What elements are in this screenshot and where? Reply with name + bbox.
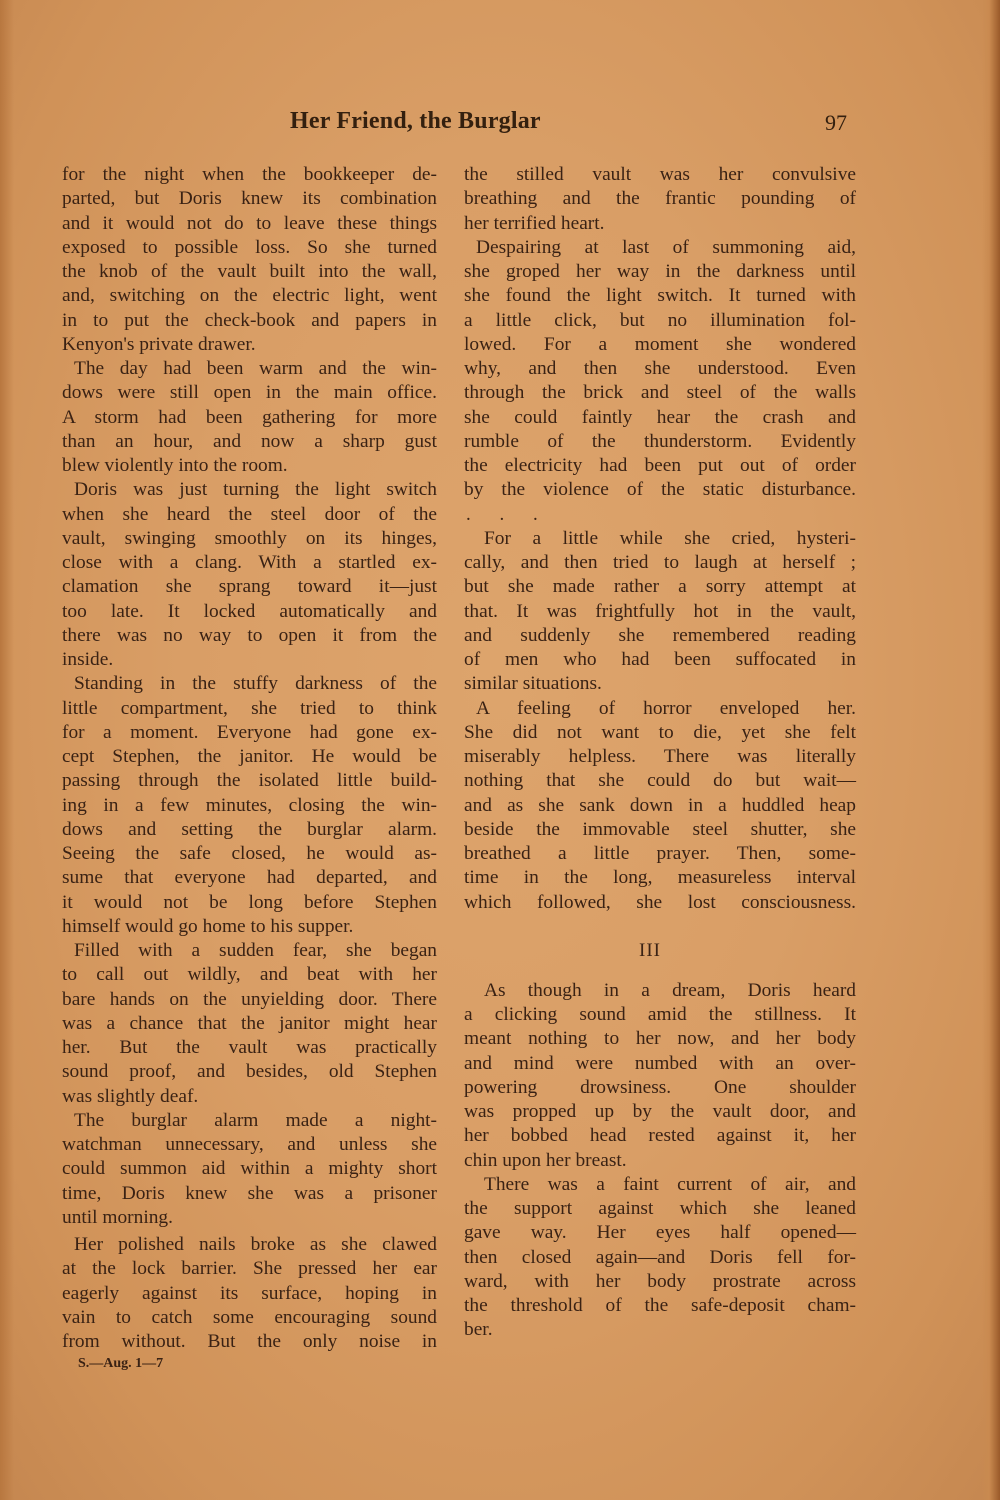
text-line: rumble of the thunderstorm. Evidently bbox=[464, 430, 856, 454]
paragraph: Her polished nails broke as she clawed a… bbox=[62, 1233, 437, 1354]
text-line: similar situations. bbox=[464, 672, 856, 696]
text-line: chin upon her breast. bbox=[464, 1149, 856, 1173]
text-line: ward, with her body prostrate across bbox=[464, 1270, 856, 1294]
text-line: a little click, but no illumination fol- bbox=[464, 309, 856, 333]
text-line: when she heard the steel door of the bbox=[62, 503, 437, 527]
text-line: sound proof, and besides, old Stephen bbox=[62, 1060, 437, 1084]
paragraph: Despairing at last of summoning aid, she… bbox=[464, 236, 856, 503]
text-line: to call out wildly, and beat with her bbox=[62, 963, 437, 987]
text-line: which followed, she lost consciousness. bbox=[464, 891, 856, 915]
text-line: in to put the check-book and papers in bbox=[62, 309, 437, 333]
text-line: her bobbed head rested against it, her bbox=[464, 1124, 856, 1148]
text-line: until morning. bbox=[62, 1206, 437, 1230]
text-line: parted, but Doris knew its combination bbox=[62, 187, 437, 211]
text-line: for a moment. Everyone had gone ex- bbox=[62, 721, 437, 745]
paragraph: Standing in the stuffy darkness of the l… bbox=[62, 672, 437, 939]
text-line: of men who had been suffocated in bbox=[464, 648, 856, 672]
text-line: time in the long, measureless interval bbox=[464, 866, 856, 890]
text-line: miserably helpless. There was literally bbox=[464, 745, 856, 769]
text-line: the support against which she leaned bbox=[464, 1197, 856, 1221]
text-line: there was no way to open it from the bbox=[62, 624, 437, 648]
section-heading: III bbox=[464, 927, 856, 975]
text-line: why, and then she understood. Even bbox=[464, 357, 856, 381]
text-line: Seeing the safe closed, he would as- bbox=[62, 842, 437, 866]
text-line: through the brick and steel of the walls bbox=[464, 381, 856, 405]
text-line: she groped her way in the darkness until bbox=[464, 260, 856, 284]
text-line: the electricity had been put out of orde… bbox=[464, 454, 856, 478]
text-line: it would not be long before Stephen bbox=[62, 891, 437, 915]
text-line: a clicking sound amid the stillness. It bbox=[464, 1003, 856, 1027]
text-line: For a little while she cried, hysteri- bbox=[464, 527, 856, 551]
paragraph: As though in a dream, Doris heard a clic… bbox=[464, 979, 856, 1173]
text-line: then closed again—and Doris fell for- bbox=[464, 1246, 856, 1270]
text-line: the stilled vault was her convulsive bbox=[464, 163, 856, 187]
text-line: lowed. For a moment she wondered bbox=[464, 333, 856, 357]
left-column: for the night when the bookkeeper de- pa… bbox=[62, 163, 437, 1354]
text-line: breathing and the frantic pounding of bbox=[464, 187, 856, 211]
paragraph: There was a faint current of air, and th… bbox=[464, 1173, 856, 1343]
text-line: beside the immovable steel shutter, she bbox=[464, 818, 856, 842]
text-line: Kenyon's private drawer. bbox=[62, 333, 437, 357]
text-line: and suddenly she remembered reading bbox=[464, 624, 856, 648]
book-page: Her Friend, the Burglar 97 for the night… bbox=[0, 0, 1000, 1500]
paragraph: the stilled vault was her convulsive bre… bbox=[464, 163, 856, 236]
text-line: passing through the isolated little buil… bbox=[62, 769, 437, 793]
text-line: Filled with a sudden fear, she began bbox=[62, 939, 437, 963]
text-line: cally, and then tried to laugh at hersel… bbox=[464, 551, 856, 575]
paragraph: A feeling of horror enveloped her. She d… bbox=[464, 697, 856, 915]
text-line: Doris was just turning the light switch bbox=[62, 478, 437, 502]
text-line: from without. But the only noise in bbox=[62, 1330, 437, 1354]
text-line: at the lock barrier. She pressed her ear bbox=[62, 1257, 437, 1281]
paragraph: for the night when the bookkeeper de- pa… bbox=[62, 163, 437, 357]
paragraph: For a little while she cried, hysteri- c… bbox=[464, 527, 856, 697]
text-line: eagerly against its surface, hoping in bbox=[62, 1282, 437, 1306]
text-line: bare hands on the unyielding door. There bbox=[62, 988, 437, 1012]
text-line: her terrified heart. bbox=[464, 212, 856, 236]
ellipsis-break: . . . bbox=[464, 503, 856, 527]
paragraph: Doris was just turning the light switch … bbox=[62, 478, 437, 672]
text-line: ber. bbox=[464, 1318, 856, 1342]
paragraph: Filled with a sudden fear, she began to … bbox=[62, 939, 437, 1109]
text-line: she could faintly hear the crash and bbox=[464, 406, 856, 430]
text-line: ing in a few minutes, closing the win- bbox=[62, 794, 437, 818]
text-line: exposed to possible loss. So she turned bbox=[62, 236, 437, 260]
text-line: clamation she sprang toward it—just bbox=[62, 575, 437, 599]
text-line: Despairing at last of summoning aid, bbox=[464, 236, 856, 260]
running-title: Her Friend, the Burglar bbox=[290, 108, 541, 135]
text-line: was slightly deaf. bbox=[62, 1085, 437, 1109]
text-line: sume that everyone had departed, and bbox=[62, 866, 437, 890]
text-line: meant nothing to her now, and her body bbox=[464, 1027, 856, 1051]
text-line: than an hour, and now a sharp gust bbox=[62, 430, 437, 454]
text-line: and as she sank down in a huddled heap bbox=[464, 794, 856, 818]
text-line: powering drowsiness. One shoulder bbox=[464, 1076, 856, 1100]
text-line: too late. It locked automatically and bbox=[62, 600, 437, 624]
text-line: A feeling of horror enveloped her. bbox=[464, 697, 856, 721]
text-line: cept Stephen, the janitor. He would be bbox=[62, 745, 437, 769]
text-line: the knob of the vault built into the wal… bbox=[62, 260, 437, 284]
page-number: 97 bbox=[825, 110, 847, 136]
text-line: that. It was frightfully hot in the vaul… bbox=[464, 600, 856, 624]
text-line: gave way. Her eyes half opened— bbox=[464, 1221, 856, 1245]
text-line: inside. bbox=[62, 648, 437, 672]
text-line: Standing in the stuffy darkness of the bbox=[62, 672, 437, 696]
text-line: himself would go home to his supper. bbox=[62, 915, 437, 939]
signature-mark: S.—Aug. 1—7 bbox=[78, 1356, 163, 1372]
text-line: The burglar alarm made a night- bbox=[62, 1109, 437, 1133]
text-line: close with a clang. With a startled ex- bbox=[62, 551, 437, 575]
text-line: As though in a dream, Doris heard bbox=[464, 979, 856, 1003]
text-line: dows were still open in the main office. bbox=[62, 381, 437, 405]
text-line: Her polished nails broke as she clawed bbox=[62, 1233, 437, 1257]
text-line: and, switching on the electric light, we… bbox=[62, 284, 437, 308]
text-line: and mind were numbed with an over- bbox=[464, 1052, 856, 1076]
text-line: the threshold of the safe-deposit cham- bbox=[464, 1294, 856, 1318]
paragraph: The burglar alarm made a night- watchman… bbox=[62, 1109, 437, 1230]
paragraph: The day had been warm and the win- dows … bbox=[62, 357, 437, 478]
text-line: was a chance that the janitor might hear bbox=[62, 1012, 437, 1036]
text-line: time, Doris knew she was a prisoner bbox=[62, 1182, 437, 1206]
text-line: The day had been warm and the win- bbox=[62, 357, 437, 381]
text-line: vain to catch some encouraging sound bbox=[62, 1306, 437, 1330]
text-line: watchman unnecessary, and unless she bbox=[62, 1133, 437, 1157]
text-line: little compartment, she tried to think bbox=[62, 697, 437, 721]
text-line: was propped up by the vault door, and bbox=[464, 1100, 856, 1124]
right-column: the stilled vault was her convulsive bre… bbox=[464, 163, 856, 1343]
text-line: her. But the vault was practically bbox=[62, 1036, 437, 1060]
text-line: breathed a little prayer. Then, some- bbox=[464, 842, 856, 866]
text-line: A storm had been gathering for more bbox=[62, 406, 437, 430]
text-line: nothing that she could do but wait— bbox=[464, 769, 856, 793]
text-line: could summon aid within a mighty short bbox=[62, 1157, 437, 1181]
text-line: she found the light switch. It turned wi… bbox=[464, 284, 856, 308]
text-line: blew violently into the room. bbox=[62, 454, 437, 478]
text-line: vault, swinging smoothly on its hinges, bbox=[62, 527, 437, 551]
text-line: and it would not do to leave these thing… bbox=[62, 212, 437, 236]
text-line: but she made rather a sorry attempt at bbox=[464, 575, 856, 599]
text-line: for the night when the bookkeeper de- bbox=[62, 163, 437, 187]
text-line: dows and setting the burglar alarm. bbox=[62, 818, 437, 842]
text-line: by the violence of the static disturbanc… bbox=[464, 478, 856, 502]
text-line: She did not want to die, yet she felt bbox=[464, 721, 856, 745]
text-line: There was a faint current of air, and bbox=[464, 1173, 856, 1197]
